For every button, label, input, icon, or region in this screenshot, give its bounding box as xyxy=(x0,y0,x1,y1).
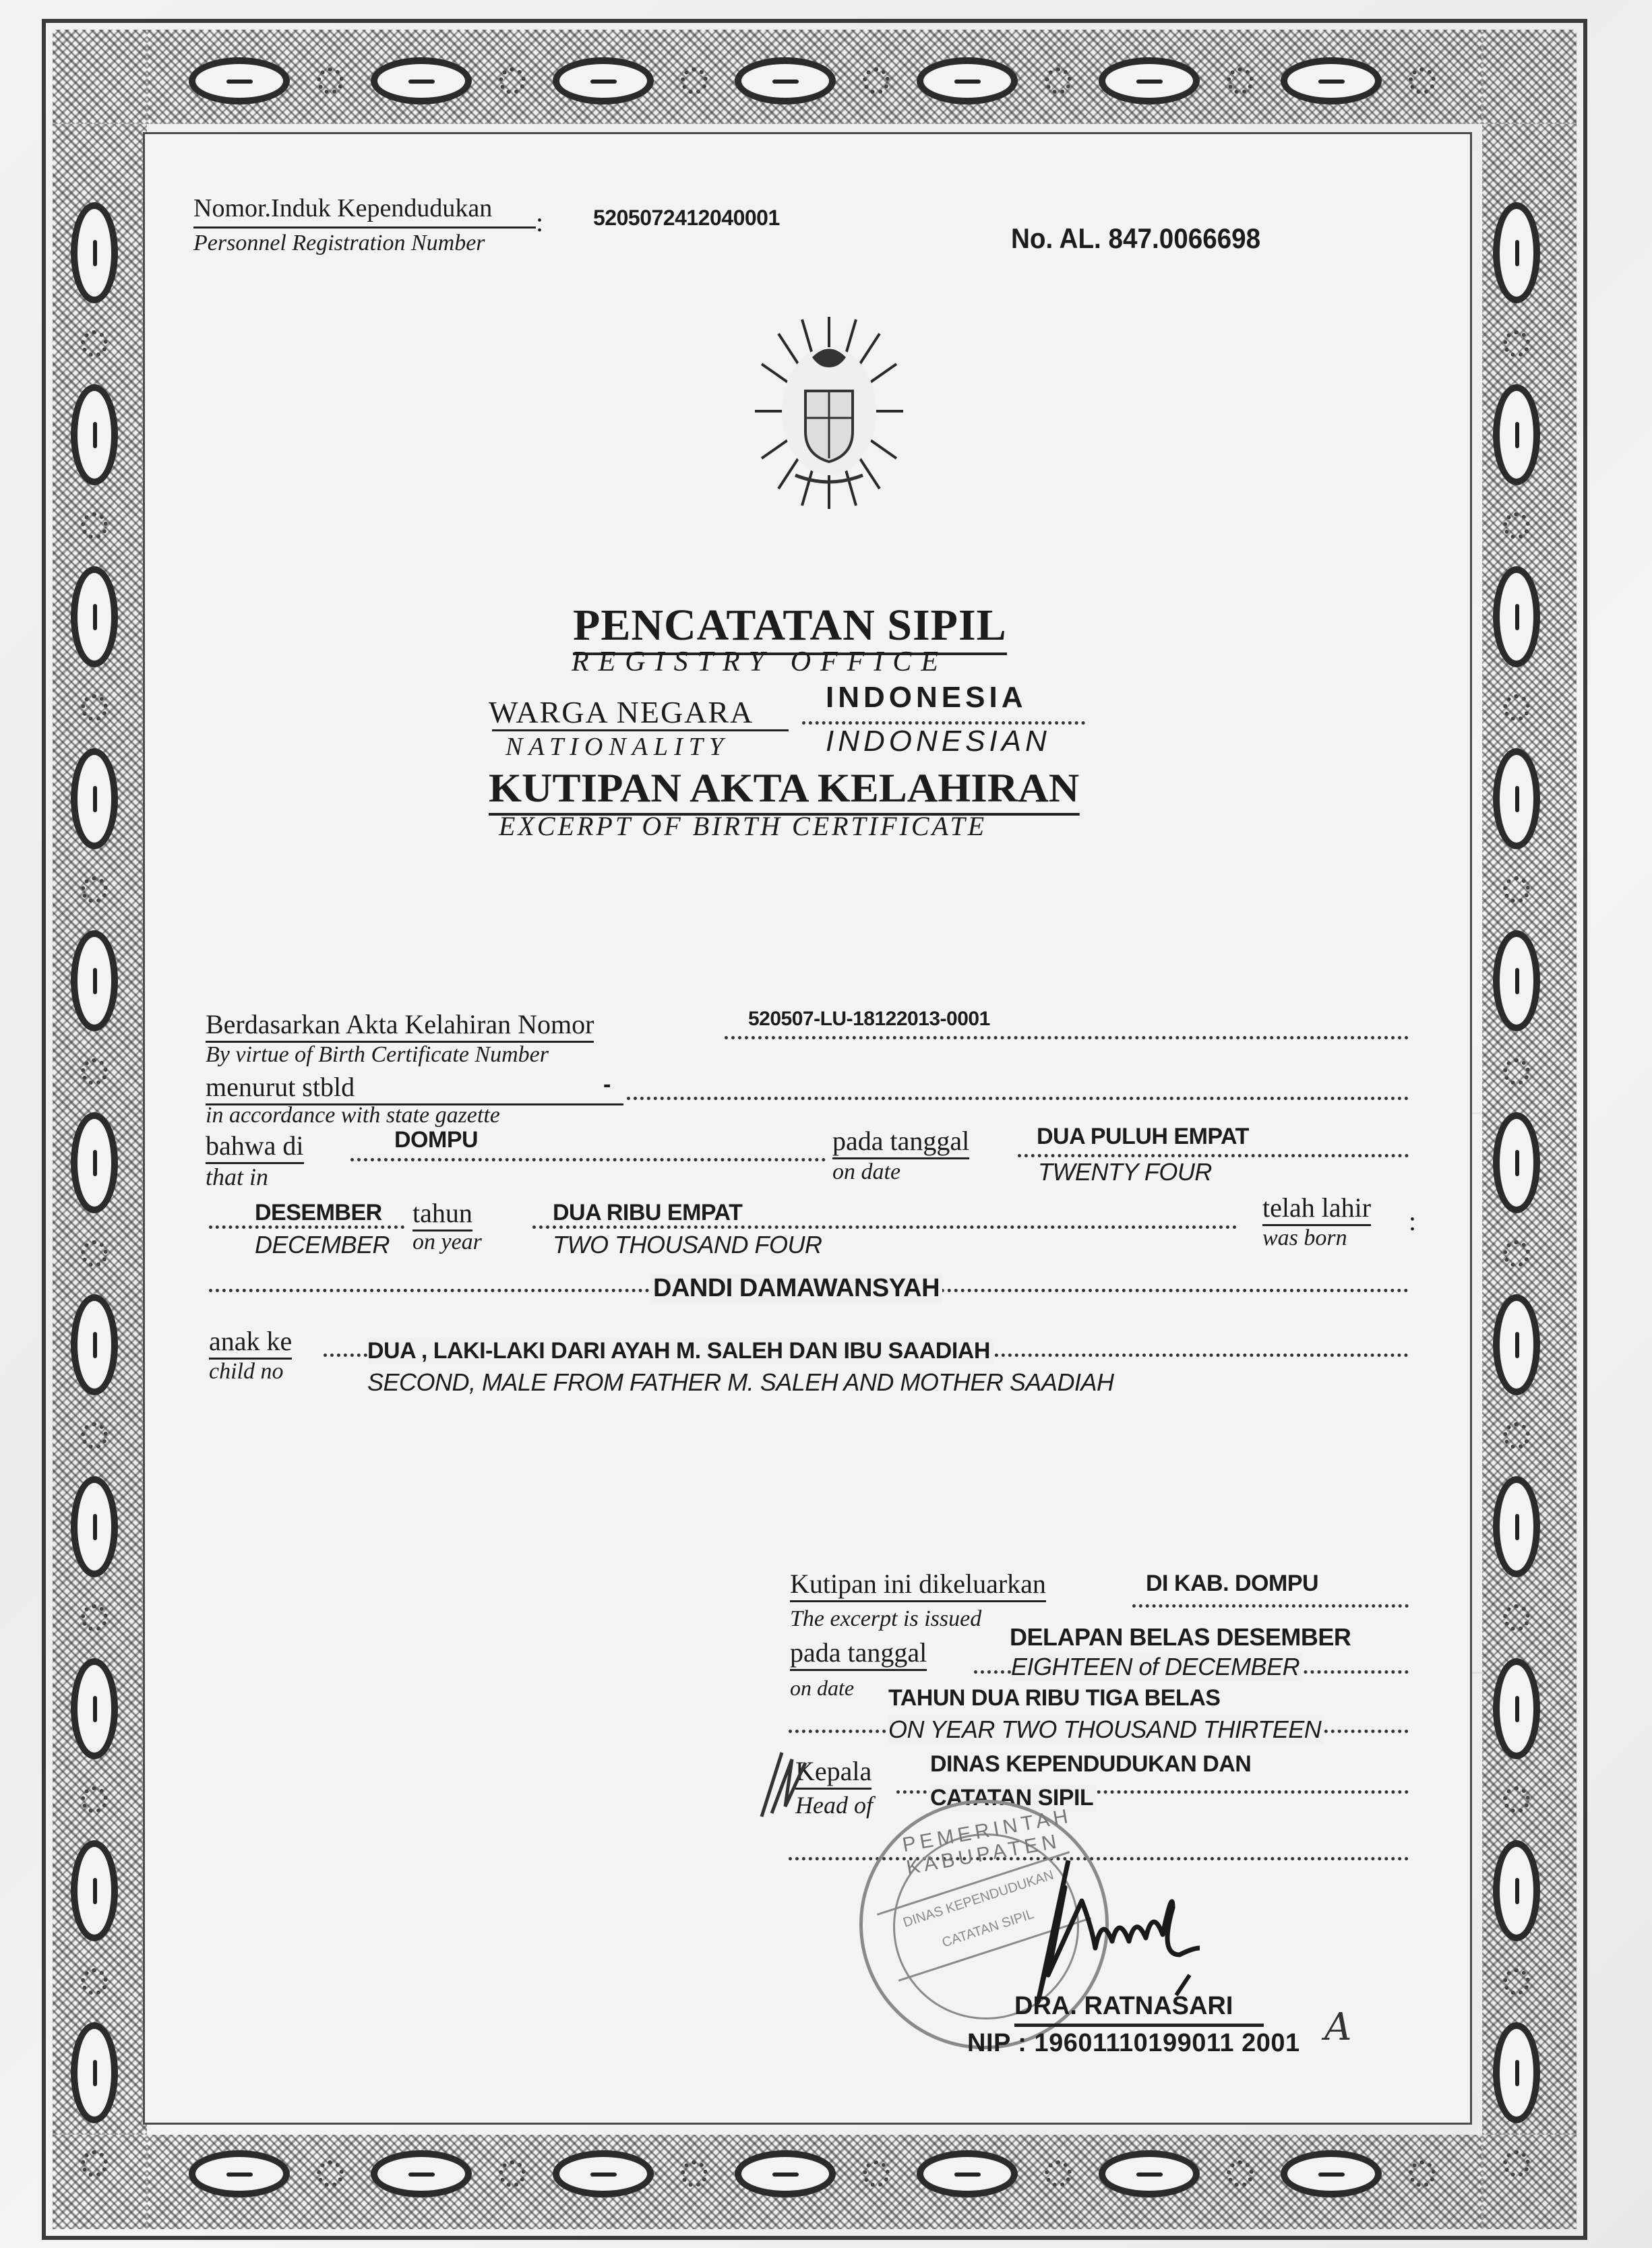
border-ornament-icon xyxy=(81,1240,108,1267)
office-title-en: REGISTRY OFFICE xyxy=(572,646,948,678)
border-ornament-icon xyxy=(553,57,654,104)
border-ornament-icon xyxy=(71,1294,118,1395)
border-ornament-icon xyxy=(1493,202,1540,303)
stbld-label-en: in accordance with state gazette xyxy=(206,1104,500,1127)
border-ornament-icon xyxy=(1493,566,1540,667)
dotted-line xyxy=(1132,1604,1409,1608)
border-ornament-icon xyxy=(71,202,118,303)
nationality-label: WARGA NEGARA xyxy=(489,694,754,730)
border-ornament-icon xyxy=(1503,1422,1530,1449)
child-no-label: anak ke xyxy=(209,1328,292,1360)
cert-no-value: 520507-LU-18122013-0001 xyxy=(748,1008,990,1031)
border-ornament-icon xyxy=(1493,1840,1540,1941)
dotted-line xyxy=(532,1225,1237,1229)
border-ornament-icon xyxy=(71,1476,118,1577)
border-ornament-icon xyxy=(81,512,108,539)
child-no-value: DUA , LAKI-LAKI DARI AYAH M. SALEH DAN I… xyxy=(367,1338,993,1364)
border-ornament-icon xyxy=(1045,2160,1072,2187)
child-name: DANDI DAMAWANSYAH xyxy=(650,1274,942,1303)
child-no-label-en: child no xyxy=(209,1360,283,1383)
border-ornament-icon xyxy=(1493,1294,1540,1395)
border-ornament-icon xyxy=(1503,1604,1530,1631)
issued-date-label: pada tanggal xyxy=(790,1639,927,1671)
border-ornament-icon xyxy=(71,2022,118,2123)
month-value-en: DECEMBER xyxy=(255,1231,390,1259)
nik-value: 5205072412040001 xyxy=(593,206,780,231)
border-ornament-icon xyxy=(735,2150,836,2197)
border-ornament-icon xyxy=(317,2160,344,2187)
date-value: DUA PULUH EMPAT xyxy=(1037,1124,1249,1150)
border-ornament-icon xyxy=(81,1604,108,1631)
issued-label: Kutipan ini dikeluarkan xyxy=(790,1571,1046,1602)
border-ornament-icon xyxy=(1503,512,1530,539)
border-ornament-icon xyxy=(1045,67,1072,94)
stbld-value: - xyxy=(603,1072,611,1098)
border-ornament-icon xyxy=(1409,67,1436,94)
border-ornament-icon xyxy=(1503,694,1530,721)
border-ornament-icon xyxy=(317,67,344,94)
border-ornament-icon xyxy=(1503,1058,1530,1085)
border-ornament-icon xyxy=(1409,2160,1436,2187)
child-no-value-en: SECOND, MALE FROM FATHER M. SALEH AND MO… xyxy=(367,1368,1113,1397)
border-ornament-icon xyxy=(1493,1476,1540,1577)
border-ornament-icon xyxy=(81,2150,108,2177)
border-ornament-icon xyxy=(71,566,118,667)
border-ornament-icon xyxy=(71,1112,118,1213)
border-ornament-icon xyxy=(1493,2022,1540,2123)
official-nip: NIP : 19601110199011 2001 xyxy=(967,2029,1300,2058)
official-name: DRA. RATNASARI xyxy=(1014,1992,1264,2027)
dotted-line xyxy=(209,1225,404,1229)
dotted-line xyxy=(350,1158,826,1161)
border-ornament-icon xyxy=(681,2160,708,2187)
issued-label-en: The excerpt is issued xyxy=(790,1608,981,1631)
border-ornament-icon xyxy=(681,67,708,94)
year-value-en: TWO THOUSAND FOUR xyxy=(553,1231,822,1259)
border-ornament-icon xyxy=(499,67,526,94)
cert-no-label: Berdasarkan Akta Kelahiran Nomor xyxy=(206,1011,594,1043)
border-ornament-icon xyxy=(1227,2160,1254,2187)
nationality-label-en: NATIONALITY xyxy=(506,732,729,762)
border-ornament-icon xyxy=(1503,1240,1530,1267)
border-ornament-icon xyxy=(71,930,118,1031)
border-ornament-icon xyxy=(1099,2150,1200,2197)
year-label-en: on year xyxy=(412,1231,482,1254)
border-ornament-icon xyxy=(735,57,836,104)
border-ornament-icon xyxy=(553,2150,654,2197)
nationality-divider xyxy=(492,729,789,731)
border-ornament-icon xyxy=(81,330,108,357)
border-ornament-icon xyxy=(499,2160,526,2187)
border-ornament-icon xyxy=(71,384,118,485)
border-ornament-icon xyxy=(1281,57,1382,104)
border-ornament-icon xyxy=(1493,1112,1540,1213)
issued-date-value: DELAPAN BELAS DESEMBER xyxy=(1010,1623,1351,1651)
born-label: telah lahir xyxy=(1262,1194,1371,1226)
border-ornament-icon xyxy=(371,57,472,104)
border-ornament-icon xyxy=(1503,876,1530,903)
issued-year-value-en: ON YEAR TWO THOUSAND THIRTEEN xyxy=(888,1715,1324,1744)
border-ornament-icon xyxy=(81,694,108,721)
document-title: KUTIPAN AKTA KELAHIRAN xyxy=(489,765,1079,816)
head-value-1: DINAS KEPENDUDUKAN DAN xyxy=(930,1751,1251,1778)
border-ornament-icon xyxy=(81,876,108,903)
border-ornament-icon xyxy=(1281,2150,1382,2197)
border-ornament-icon xyxy=(189,57,290,104)
border-ornament-icon xyxy=(71,748,118,849)
month-value: DESEMBER xyxy=(255,1200,382,1226)
border-ornament-icon xyxy=(1503,1968,1530,1995)
issued-value: DI KAB. DOMPU xyxy=(1146,1571,1318,1597)
border-ornament-icon xyxy=(917,2150,1018,2197)
nik-label: Nomor.Induk Kependudukan xyxy=(193,195,492,221)
nik-divider xyxy=(193,226,536,229)
date-label-en: on date xyxy=(832,1161,900,1184)
signature-icon xyxy=(957,1847,1240,2015)
border-ornament-icon xyxy=(1503,330,1530,357)
dotted-line xyxy=(1018,1154,1409,1157)
border-ornament-icon xyxy=(1493,748,1540,849)
date-value-en: TWENTY FOUR xyxy=(1038,1158,1212,1186)
border-ornament-icon xyxy=(189,2150,290,2197)
handwritten-mark-icon xyxy=(755,1739,816,1820)
border-ornament-icon xyxy=(1493,930,1540,1031)
dotted-line xyxy=(725,1036,1409,1039)
born-colon: : xyxy=(1409,1208,1416,1235)
border-ornament-icon xyxy=(81,1786,108,1813)
place-value: DOMPU xyxy=(394,1127,478,1153)
border-ornament-icon xyxy=(1227,67,1254,94)
year-label: tahun xyxy=(412,1200,472,1232)
cert-no-label-en: By virtue of Birth Certificate Number xyxy=(206,1043,549,1066)
border-ornament-icon xyxy=(81,1058,108,1085)
border-ornament-icon xyxy=(1493,384,1540,485)
border-ornament-icon xyxy=(917,57,1018,104)
border-ornament-icon xyxy=(81,1422,108,1449)
border-ornament-icon xyxy=(863,2160,890,2187)
nik-colon: : xyxy=(536,209,543,236)
border-ornament-icon xyxy=(863,67,890,94)
nationality-value: INDONESIA xyxy=(826,681,1027,715)
issued-date-label-en: on date xyxy=(790,1677,854,1699)
serial-number: No. AL. 847.0066698 xyxy=(1011,222,1260,255)
year-value: DUA RIBU EMPAT xyxy=(553,1200,742,1226)
border-ornament-icon xyxy=(71,1658,118,1759)
born-label-en: was born xyxy=(1262,1227,1347,1250)
nationality-value-en: INDONESIAN xyxy=(826,725,1051,758)
dotted-line xyxy=(627,1097,1409,1100)
border-ornament-icon xyxy=(1099,57,1200,104)
garuda-emblem-icon xyxy=(748,310,910,512)
border-ornament-icon xyxy=(1493,1658,1540,1759)
initial-mark: A xyxy=(1324,2005,1351,2049)
issued-date-value-en: EIGHTEEN of DECEMBER xyxy=(1011,1653,1302,1681)
date-label: pada tanggal xyxy=(832,1128,969,1159)
border-ornament-icon xyxy=(71,1840,118,1941)
nik-label-en: Personnel Registration Number xyxy=(193,232,485,255)
issued-year-value: TAHUN DUA RIBU TIGA BELAS xyxy=(888,1685,1220,1711)
document-title-en: EXCERPT OF BIRTH CERTIFICATE xyxy=(499,810,987,842)
border-ornament-icon xyxy=(1503,2150,1530,2177)
border-ornament-icon xyxy=(371,2150,472,2197)
place-label: bahwa di xyxy=(206,1132,304,1164)
border-ornament-icon xyxy=(1503,1786,1530,1813)
border-ornament-icon xyxy=(81,1968,108,1995)
place-label-en: that in xyxy=(206,1165,268,1189)
stbld-label: menurut stbld xyxy=(206,1074,623,1105)
